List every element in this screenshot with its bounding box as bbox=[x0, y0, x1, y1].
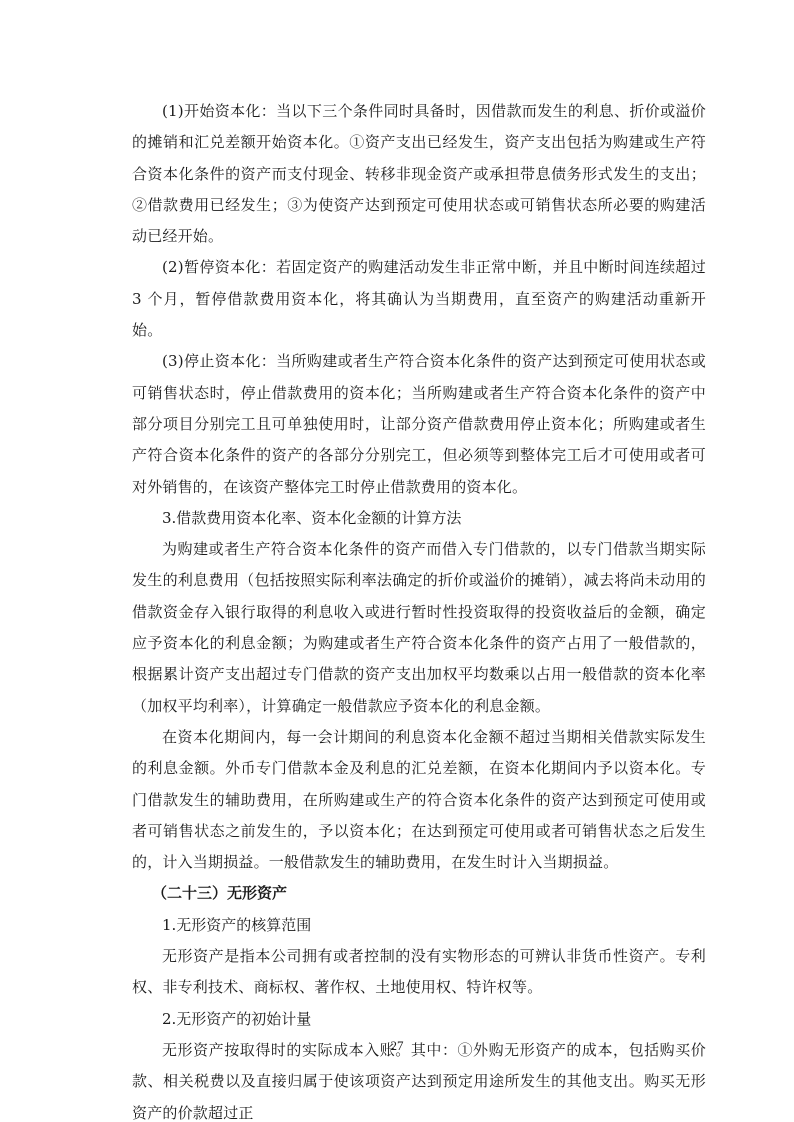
paragraph-start-capitalization: (1)开始资本化：当以下三个条件同时具备时，因借款而发生的利息、折价或溢价的摊销… bbox=[132, 96, 706, 252]
paragraph-special-borrowing: 为购建或者生产符合资本化条件的资产而借入专门借款的，以专门借款当期实际发生的利息… bbox=[132, 534, 706, 722]
paragraph-stop-capitalization: (3)停止资本化：当所购建或者生产符合资本化条件的资产达到预定可使用状态或可销售… bbox=[132, 346, 706, 502]
paragraph-suspend-capitalization: (2)暂停资本化：若固定资产的购建活动发生非正常中断，并且中断时间连续超过 3 … bbox=[132, 252, 706, 346]
page-number: 27 bbox=[0, 1038, 794, 1054]
document-page-body: (1)开始资本化：当以下三个条件同时具备时，因借款而发生的利息、折价或溢价的摊销… bbox=[132, 96, 706, 1122]
paragraph-intangible-definition: 无形资产是指本公司拥有或者控制的没有实物形态的可辨认非货币性资产。专利权、非专利… bbox=[132, 941, 706, 1004]
subheading-scope: 1.无形资产的核算范围 bbox=[132, 910, 706, 941]
paragraph-capitalization-period: 在资本化期间内，每一会计期间的利息资本化金额不超过当期相关借款实际发生的利息金额… bbox=[132, 722, 706, 878]
subheading-initial-measurement: 2.无形资产的初始计量 bbox=[132, 1004, 706, 1035]
section-heading-intangible-assets: （二十三）无形资产 bbox=[132, 878, 706, 909]
subheading-capitalization-rate: 3.借款费用资本化率、资本化金额的计算方法 bbox=[132, 503, 706, 534]
